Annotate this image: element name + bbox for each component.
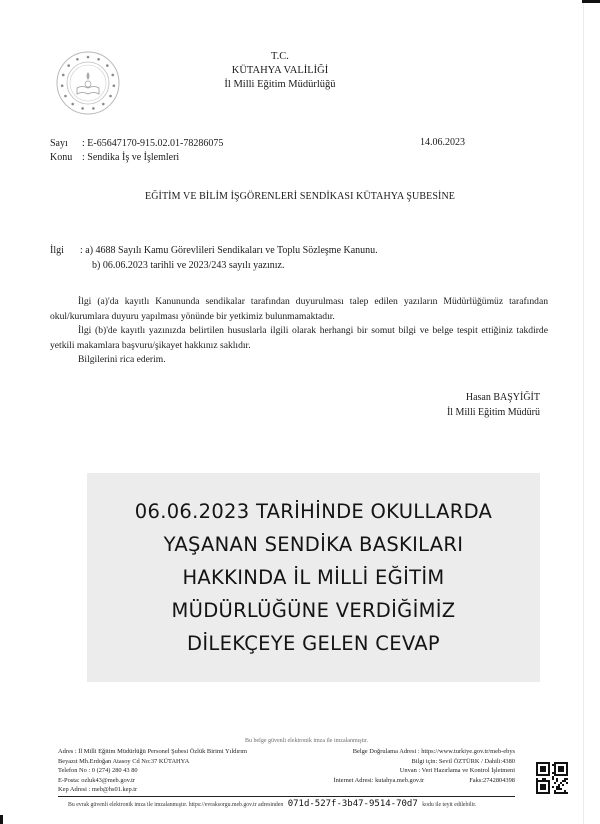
unvan: Unvan : Veri Hazırlama ve Kontrol İşletm… [334,766,515,776]
letter-body: İlgi (a)'da kayıtlı Kanununda sendikalar… [50,295,548,368]
document-date: 14.06.2023 [420,137,465,148]
konu-label: Konu [50,151,82,165]
ilgi-label: İlgi [50,243,80,258]
info-contact: Bilgi için: Sevil ÖZTÜRK / Dahili:4380 [334,757,515,767]
letterhead: T.C. KÜTAHYA VALİLİĞİ İl Milli Eğitim Mü… [150,50,410,92]
sayi-label: Sayı [50,137,82,151]
caption-banner: 06.06.2023 TARİHİNDE OKULLARDA YAŞANAN S… [87,473,540,682]
document-meta: Sayı: E-65647170-915.02.01-78286075 Konu… [50,137,223,165]
letterhead-line-mudurluk: İl Milli Eğitim Müdürlüğü [150,78,410,92]
ilgi-b: b) 06.06.2023 tarihli ve 2023/243 sayılı… [50,258,378,273]
verification-address: Belge Doğrulama Adresi : https://www.tur… [334,747,515,757]
contact-info: Belge Doğrulama Adresi : https://www.tur… [334,747,515,785]
konu-value: : Sendika İş ve İşlemleri [82,152,179,163]
document-footer: Bu belge güvenli elektronik imza ile imz… [0,738,600,824]
letterhead-line-tc: T.C. [150,50,410,64]
verification-line: Bu evrak güvenli elektronik imza ile imz… [68,799,476,809]
body-paragraph: İlgi (a)'da kayıtlı Kanununda sendikalar… [50,295,548,324]
signature-block: Hasan BAŞYİĞİT İl Milli Eğitim Müdürü [400,390,540,420]
footer-divider [58,796,515,797]
address-line: Beyazıt Mh.Erdoğan Atasoy Cd No:37 KÜTAH… [58,757,247,767]
body-closing: Bilgilerini rica ederim. [50,353,548,368]
recipient-line: EĞİTİM VE BİLİM İŞGÖRENLERİ SENDİKASI KÜ… [0,191,600,202]
letterhead-line-valilik: KÜTAHYA VALİLİĞİ [150,64,410,78]
signatory-title: İl Milli Eğitim Müdürü [400,405,540,420]
body-paragraph: İlgi (b)'de kayıtlı yazınızda belirtilen… [50,324,548,353]
address-line: Adres : İl Milli Eğitim Müdürlüğü Person… [58,747,247,757]
verification-code: 071d-527f-3b47-9514-70d7 [288,799,418,809]
fax: Faks:2742804398 [469,776,515,786]
internet-address: İnternet Adresi: kutahya.meb.gov.tr [334,776,425,786]
ilgi-a: : a) 4688 Sayılı Kamu Görevlileri Sendik… [80,245,378,256]
email-line: E-Posta: ozluk43@meb.gov.tr [58,776,247,786]
kep-line: Kep Adresi : meb@hs01.kep.tr [58,785,247,795]
page-edge [583,0,584,824]
esign-note: Bu belge güvenli elektronik imza ile imz… [245,738,368,744]
phone-line: Telefon No : 0 (274) 280 43 80 [58,766,247,776]
signatory-name: Hasan BAŞYİĞİT [400,390,540,405]
address-block: Adres : İl Milli Eğitim Müdürlüğü Person… [58,747,247,795]
scan-corner-mark [582,0,600,3]
caption-banner-text: 06.06.2023 TARİHİNDE OKULLARDA YAŞANAN S… [135,495,492,660]
meb-emblem-icon [55,50,121,116]
verify-prefix: Bu evrak güvenli elektronik imza ile imz… [68,802,283,808]
references: İlgi: a) 4688 Sayılı Kamu Görevlileri Se… [50,243,378,273]
sayi-value: : E-65647170-915.02.01-78286075 [82,138,223,149]
verify-suffix: kodu ile teyit edilebilir. [422,802,476,808]
qr-code-icon [536,762,568,796]
